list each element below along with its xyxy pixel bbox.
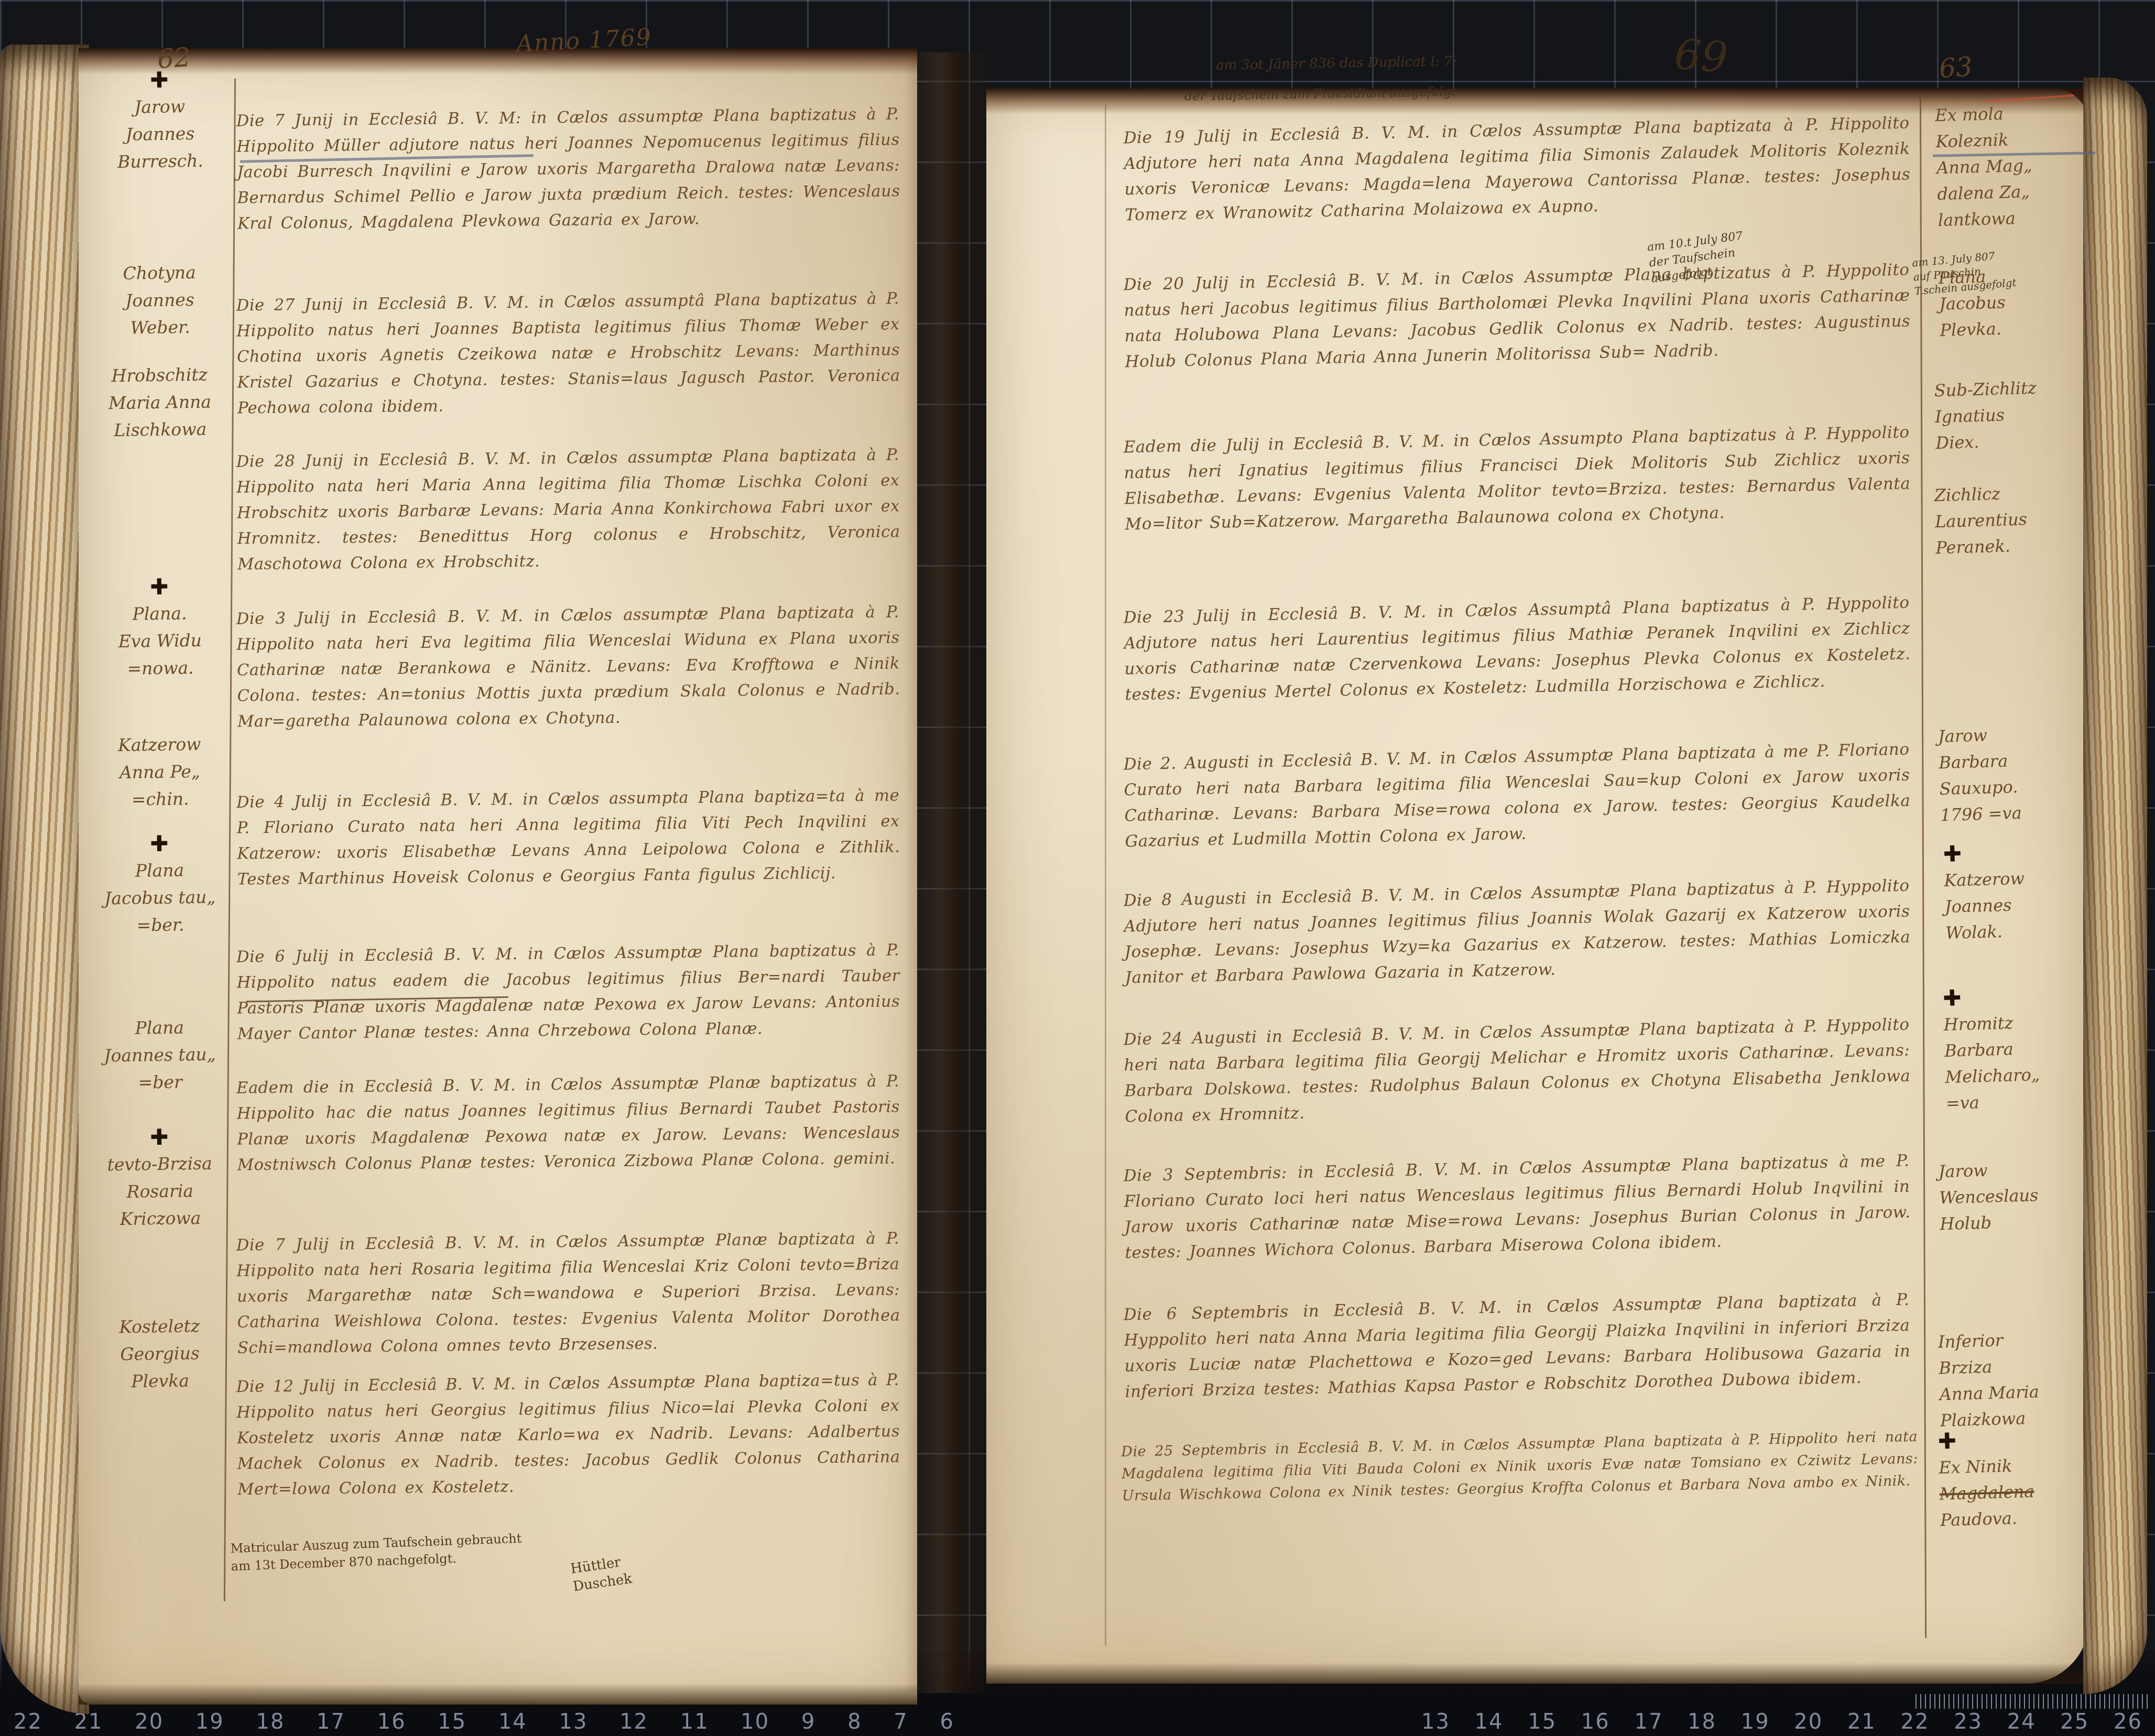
right-page-inner-rule <box>1105 105 1106 1646</box>
photographed-parish-register: { "icons": {"cross": "✚"}, "colors": { "… <box>0 0 2155 1736</box>
margin-entry: Zichlicz Laurentius Peranek. <box>1934 477 2135 561</box>
margin-entry: Jarow Barbara Sauxupo. 1796 =va <box>1938 718 2134 828</box>
margin-entry: ✚ tevto-Brzisa Rosaria Kriczowa <box>86 1123 234 1233</box>
margin-entry: ✚ Hromitz Barbara Melicharo„ =va <box>1943 980 2135 1116</box>
cross-icon: ✚ <box>86 1123 233 1152</box>
margin-entry: Sub-Zichlitz Ignatius Diex. <box>1934 372 2135 457</box>
baptism-entry: Eadem die in Ecclesiâ B. V. M. in Cælos … <box>236 1068 900 1178</box>
ruler-tick-marks <box>1915 1694 2151 1709</box>
baptism-entry: Die 3 Septembris: in Ecclesiâ B. V. M. i… <box>1123 1148 1911 1266</box>
right-page-number: 63 <box>1938 51 1974 84</box>
baptism-entry: Die 6 Julij in Ecclesiâ B. V. M. in Cælo… <box>236 937 900 1047</box>
ruler-numbers-left: 22 21 20 19 18 17 16 15 14 13 12 11 10 9… <box>14 1710 831 1734</box>
book-gutter <box>905 52 994 1693</box>
baptism-entry: Die 6 Septembris in Ecclesiâ B. V. M. in… <box>1123 1287 1911 1405</box>
margin-entry: Hrobschitz Maria Anna Lischkowa <box>86 361 234 444</box>
ruler-numbers-right: 13 14 15 16 17 18 19 20 21 22 23 24 25 2… <box>1421 1710 2155 1734</box>
baptism-entry: Die 28 Junij in Ecclesiâ B. V. M. in Cæl… <box>236 442 900 577</box>
margin-entry: Ex mola Koleznik Anna Mag„ dalena Za„ la… <box>1935 97 2138 234</box>
margin-entry: ✚ Jarow Joannes Burresch. <box>89 66 232 176</box>
baptism-entry: Die 4 Julij in Ecclesiâ B. V. M. in Cælo… <box>236 783 900 892</box>
baptism-entry: Die 8 Augusti in Ecclesiâ B. V. M. in Cæ… <box>1123 873 1911 991</box>
cross-icon: ✚ <box>89 66 231 94</box>
baptism-entry: Die 12 Julij in Ecclesiâ B. V. M. in Cæl… <box>236 1367 900 1502</box>
baptism-entry: Die 24 Augusti in Ecclesiâ B. V. M. in C… <box>1123 1012 1911 1130</box>
margin-entry: Inferior Brziza Anna Maria Plaizkowa <box>1938 1323 2139 1434</box>
book-page-edges-left <box>0 45 89 1714</box>
margin-entry: Katzerow Anna Pe„ =chin. <box>89 730 231 814</box>
baptism-entry: Die 20 Julij in Ecclesiâ B. V. M. in Cæl… <box>1123 257 1911 375</box>
duplicate-note-line1: am 3ot Jäner 836 das Duplicat l: 7: <box>1216 50 1457 77</box>
cross-icon: ✚ <box>89 573 231 601</box>
cross-icon: ✚ <box>89 830 231 858</box>
margin-entry: ✚ Plana Jacobus tau„ =ber. <box>89 830 232 940</box>
margin-entry: ✚ Plana. Eva Widu =nowa. <box>89 573 232 683</box>
baptism-entry: Die 23 Julij in Ecclesiâ B. V. M. in Cæl… <box>1123 590 1911 708</box>
margin-entry: Plana Joannes tau„ =ber <box>89 1013 231 1097</box>
baptism-entry: Eadem die Julij in Ecclesiâ B. V. M. in … <box>1123 420 1911 538</box>
baptism-entry: Die 7 Julij in Ecclesiâ B. V. M. in Cælo… <box>236 1225 900 1361</box>
baptism-entry: Die 3 Julij in Ecclesiâ B. V. M. in Cælo… <box>236 599 900 734</box>
margin-entry: Chotyna Joannes Weber. <box>89 258 231 342</box>
baptism-entry: Die 2. Augusti in Ecclesiâ B. V. M. in C… <box>1123 737 1911 855</box>
baptism-entry: Die 7 Junij in Ecclesiâ B. V. M: in Cælo… <box>236 101 900 236</box>
baptism-entry: Die 19 Julij in Ecclesiâ B. V. M. in Cæl… <box>1123 111 1911 229</box>
margin-entry: Kosteletz Georgius Plevka <box>89 1312 231 1396</box>
duplicate-note-number: 69 <box>1673 30 1729 82</box>
margin-entry: Jarow Wenceslaus Holub <box>1938 1153 2139 1238</box>
baptism-entry: Die 27 Junij in Ecclesiâ B. V. M. in Cæl… <box>236 286 900 421</box>
margin-entry: ✚ Katzerow Joannes Wolak. <box>1943 836 2134 946</box>
margin-entry: Plana Jacobus Plevka. <box>1938 259 2134 343</box>
margin-entry: ✚ Ex Ninik Magdalena Paudova. <box>1938 1423 2139 1534</box>
